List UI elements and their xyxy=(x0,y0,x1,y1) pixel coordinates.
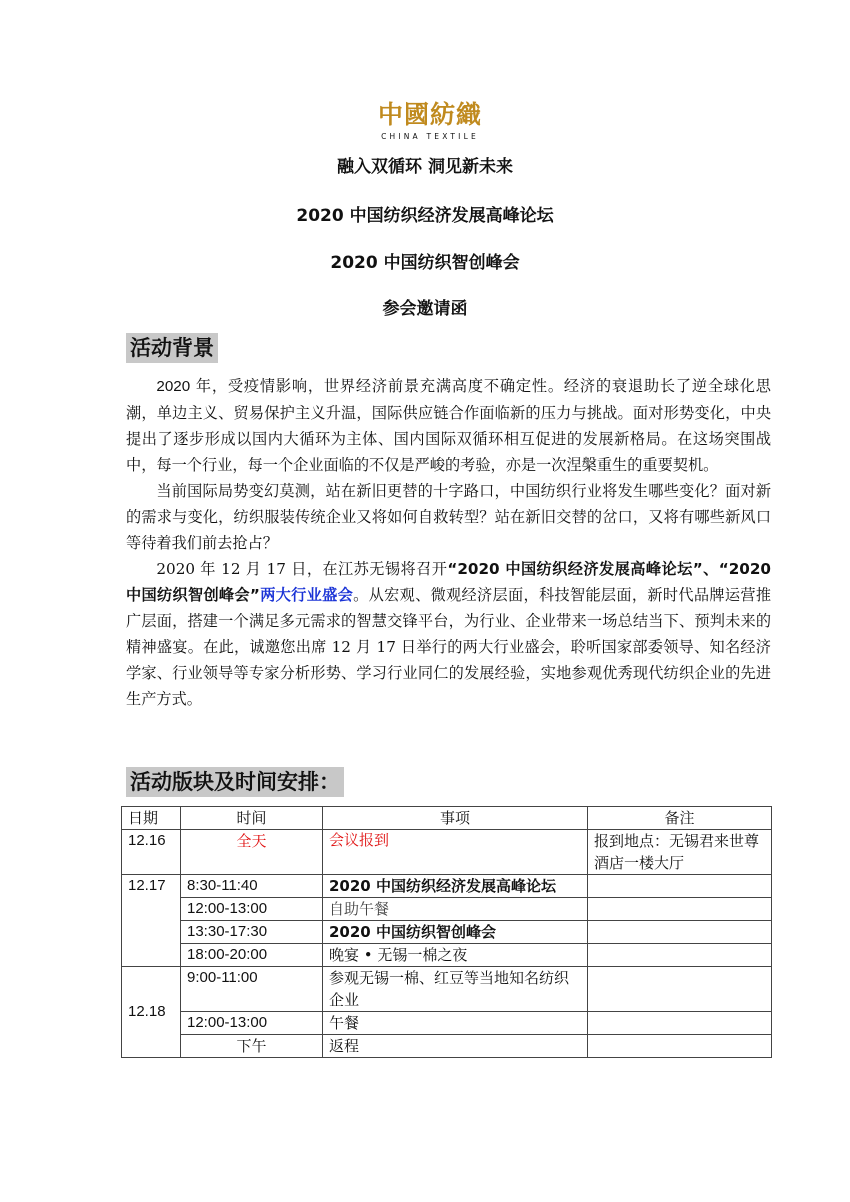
table-row: 18:00-20:00 晚宴 • 无锡一棉之夜 xyxy=(122,944,772,967)
item-cell: 午餐 xyxy=(323,1012,588,1035)
paragraph-1: 2020 年，受疫情影响，世界经济前景充满高度不确定性。经济的衰退助长了逆全球化… xyxy=(126,373,771,478)
header-time: 时间 xyxy=(181,807,323,830)
table-row: 13:30-17:30 2020 中国纺织智创峰会 xyxy=(122,921,772,944)
header-note: 备注 xyxy=(588,807,772,830)
china-textile-logo: 中國紡織 CHINA TEXTILE xyxy=(365,100,495,141)
table-row: 12.16 全天 会议报到 报到地点：无锡君来世尊酒店一楼大厅 xyxy=(122,830,772,875)
time-cell: 下午 xyxy=(181,1035,323,1058)
two-industry-events-highlight: 两大行业盛会 xyxy=(260,586,353,604)
note-cell xyxy=(588,1012,772,1035)
header-date: 日期 xyxy=(122,807,181,830)
table-row: 12.18 9:00-11:00 参观无锡一棉、红豆等当地知名纺织企业 xyxy=(122,967,772,1012)
note-cell xyxy=(588,875,772,898)
time-cell: 12:00-13:00 xyxy=(181,898,323,921)
schedule-table: 日期 时间 事项 备注 12.16 全天 会议报到 报到地点：无锡君来世尊酒店一… xyxy=(121,806,772,1058)
time-cell: 12:00-13:00 xyxy=(181,1012,323,1035)
item-cell: 2020 中国纺织经济发展高峰论坛 xyxy=(323,875,588,898)
paragraph-3-body: 。从宏观、微观经济层面，科技智能层面，新时代品牌运营推广层面，搭建一个满足多元需… xyxy=(126,586,771,708)
table-row: 下午 返程 xyxy=(122,1035,772,1058)
time-cell: 8:30-11:40 xyxy=(181,875,323,898)
time-cell: 全天 xyxy=(181,830,323,875)
table-row: 12:00-13:00 午餐 xyxy=(122,1012,772,1035)
table-row: 12:00-13:00 自助午餐 xyxy=(122,898,772,921)
note-cell xyxy=(588,944,772,967)
table-row: 12.17 8:30-11:40 2020 中国纺织经济发展高峰论坛 xyxy=(122,875,772,898)
note-cell xyxy=(588,921,772,944)
forum-title: 2020 中国纺织经济发展高峰论坛 xyxy=(0,205,850,227)
slogan-title: 融入双循环 洞见新未来 xyxy=(0,156,850,178)
year-lead: 2020 xyxy=(156,378,190,395)
note-cell xyxy=(588,898,772,921)
summit-title: 2020 中国纺织智创峰会 xyxy=(0,252,850,274)
note-cell xyxy=(588,1035,772,1058)
item-cell: 返程 xyxy=(323,1035,588,1058)
invitation-title: 参会邀请函 xyxy=(0,298,850,320)
time-cell: 13:30-17:30 xyxy=(181,921,323,944)
section-heading-background: 活动背景 xyxy=(126,333,218,363)
table-header-row: 日期 时间 事项 备注 xyxy=(122,807,772,830)
paragraph-3-intro: 2020 年 12 月 17 日，在江苏无锡将召开 xyxy=(156,560,447,578)
item-cell: 晚宴 • 无锡一棉之夜 xyxy=(323,944,588,967)
paragraph-2: 当前国际局势变幻莫测，站在新旧更替的十字路口，中国纺织行业将发生哪些变化？面对新… xyxy=(126,478,771,556)
time-cell: 9:00-11:00 xyxy=(181,967,323,1012)
header-item: 事项 xyxy=(323,807,588,830)
item-cell: 参观无锡一棉、红豆等当地知名纺织企业 xyxy=(323,967,588,1012)
section-heading-schedule: 活动版块及时间安排： xyxy=(126,767,344,797)
item-cell: 2020 中国纺织智创峰会 xyxy=(323,921,588,944)
note-cell xyxy=(588,967,772,1012)
paragraph-1-text: 年，受疫情影响，世界经济前景充满高度不确定性。经济的衰退助长了逆全球化思潮，单边… xyxy=(126,377,771,474)
date-cell: 12.18 xyxy=(122,967,181,1058)
item-cell: 会议报到 xyxy=(323,830,588,875)
date-cell: 12.17 xyxy=(122,875,181,967)
logo-english-text: CHINA TEXTILE xyxy=(365,132,495,141)
date-cell: 12.16 xyxy=(122,830,181,875)
item-cell: 自助午餐 xyxy=(323,898,588,921)
paragraph-3: 2020 年 12 月 17 日，在江苏无锡将召开“2020 中国纺织经济发展高… xyxy=(126,556,771,712)
logo-chinese-text: 中國紡織 xyxy=(365,100,495,130)
note-cell: 报到地点：无锡君来世尊酒店一楼大厅 xyxy=(588,830,772,875)
background-body: 2020 年，受疫情影响，世界经济前景充满高度不确定性。经济的衰退助长了逆全球化… xyxy=(126,373,771,712)
time-cell: 18:00-20:00 xyxy=(181,944,323,967)
